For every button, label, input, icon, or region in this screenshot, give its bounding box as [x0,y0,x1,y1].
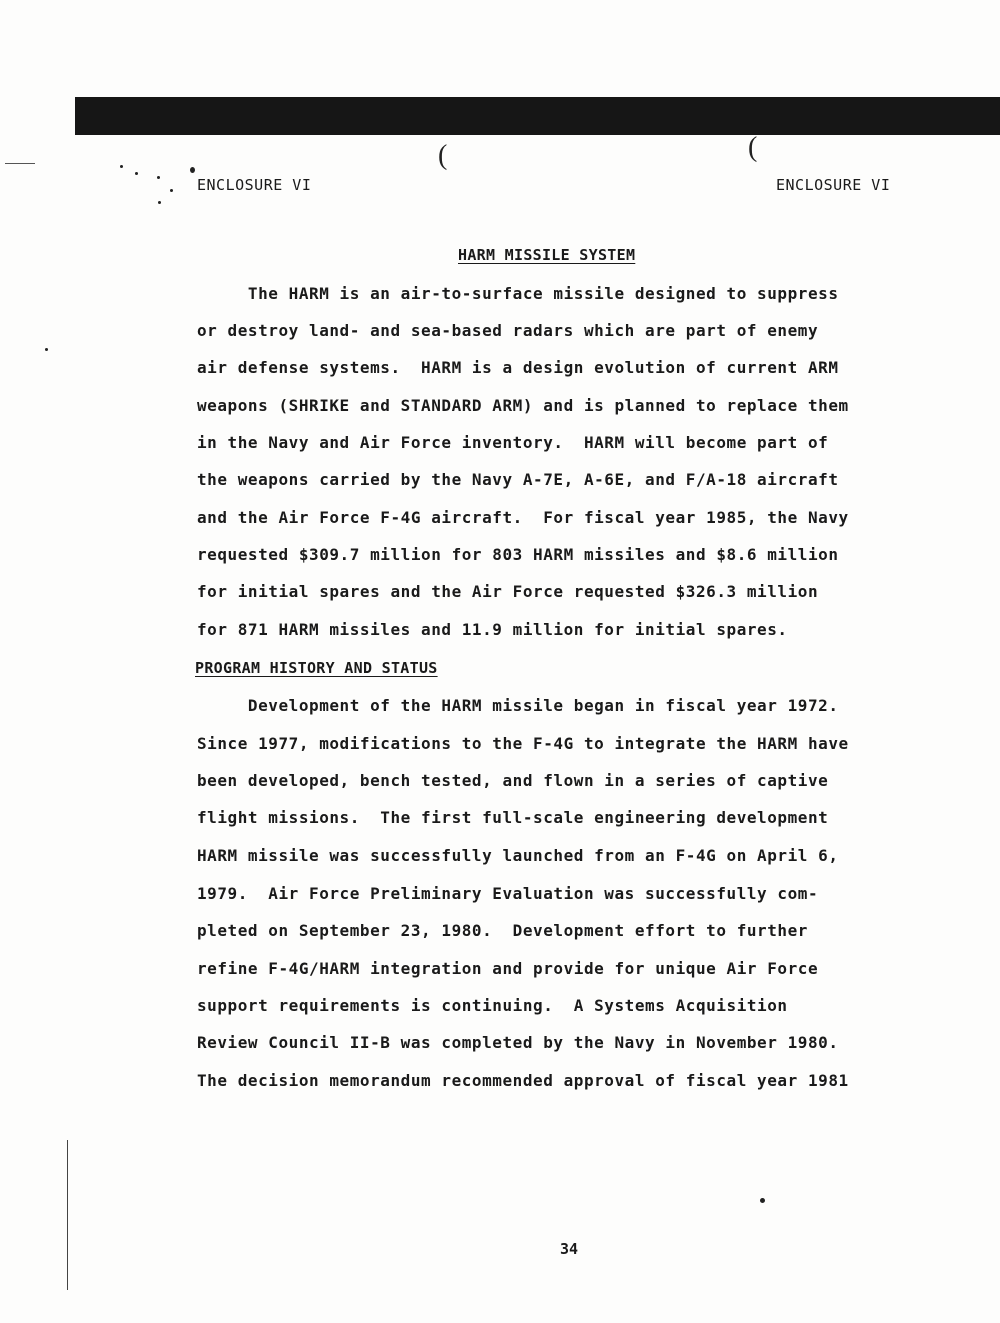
scan-paren-mark: ( [748,132,757,164]
scan-speck [760,1198,765,1203]
text-line: HARM missile was successfully launched f… [197,846,839,866]
text-line: The HARM is an air-to-surface missile de… [197,284,839,304]
enclosure-label-left: ENCLOSURE VI [197,176,311,194]
text-line: for initial spares and the Air Force req… [197,582,818,602]
text-line: Review Council II-B was completed by the… [197,1033,839,1053]
text-line: flight missions. The first full-scale en… [197,808,828,828]
scan-speck [120,165,123,168]
text-line: been developed, bench tested, and flown … [197,771,828,791]
section-heading: PROGRAM HISTORY AND STATUS [195,659,438,677]
text-line: Since 1977, modifications to the F-4G to… [197,734,849,754]
scan-speck [170,189,173,192]
scan-speck [190,167,195,173]
scan-speck [135,172,138,175]
text-line: 1979. Air Force Preliminary Evaluation w… [197,884,818,904]
text-line: for 871 HARM missiles and 11.9 million f… [197,620,788,640]
text-line: Development of the HARM missile began in… [197,696,839,716]
text-line: air defense systems. HARM is a design ev… [197,358,839,378]
text-line: weapons (SHRIKE and STANDARD ARM) and is… [197,396,849,416]
scan-top-black-bar [75,97,1000,135]
text-line: the weapons carried by the Navy A-7E, A-… [197,470,839,490]
text-line: support requirements is continuing. A Sy… [197,996,788,1016]
scan-speck [158,201,161,204]
text-line: refine F-4G/HARM integration and provide… [197,959,818,979]
text-line: The decision memorandum recommended appr… [197,1071,849,1091]
text-line: or destroy land- and sea-based radars wh… [197,321,818,341]
text-line: requested $309.7 million for 803 HARM mi… [197,545,839,565]
scan-mark [5,163,35,164]
scan-margin-line [67,1140,68,1290]
enclosure-label-right: ENCLOSURE VI [776,176,890,194]
document-title: HARM MISSILE SYSTEM [458,246,635,264]
text-line: in the Navy and Air Force inventory. HAR… [197,433,828,453]
scan-speck [45,348,48,351]
page-number: 34 [560,1240,578,1258]
text-line: pleted on September 23, 1980. Developmen… [197,921,808,941]
scan-speck [157,176,160,179]
scan-paren-mark: ( [438,140,447,172]
text-line: and the Air Force F-4G aircraft. For fis… [197,508,849,528]
